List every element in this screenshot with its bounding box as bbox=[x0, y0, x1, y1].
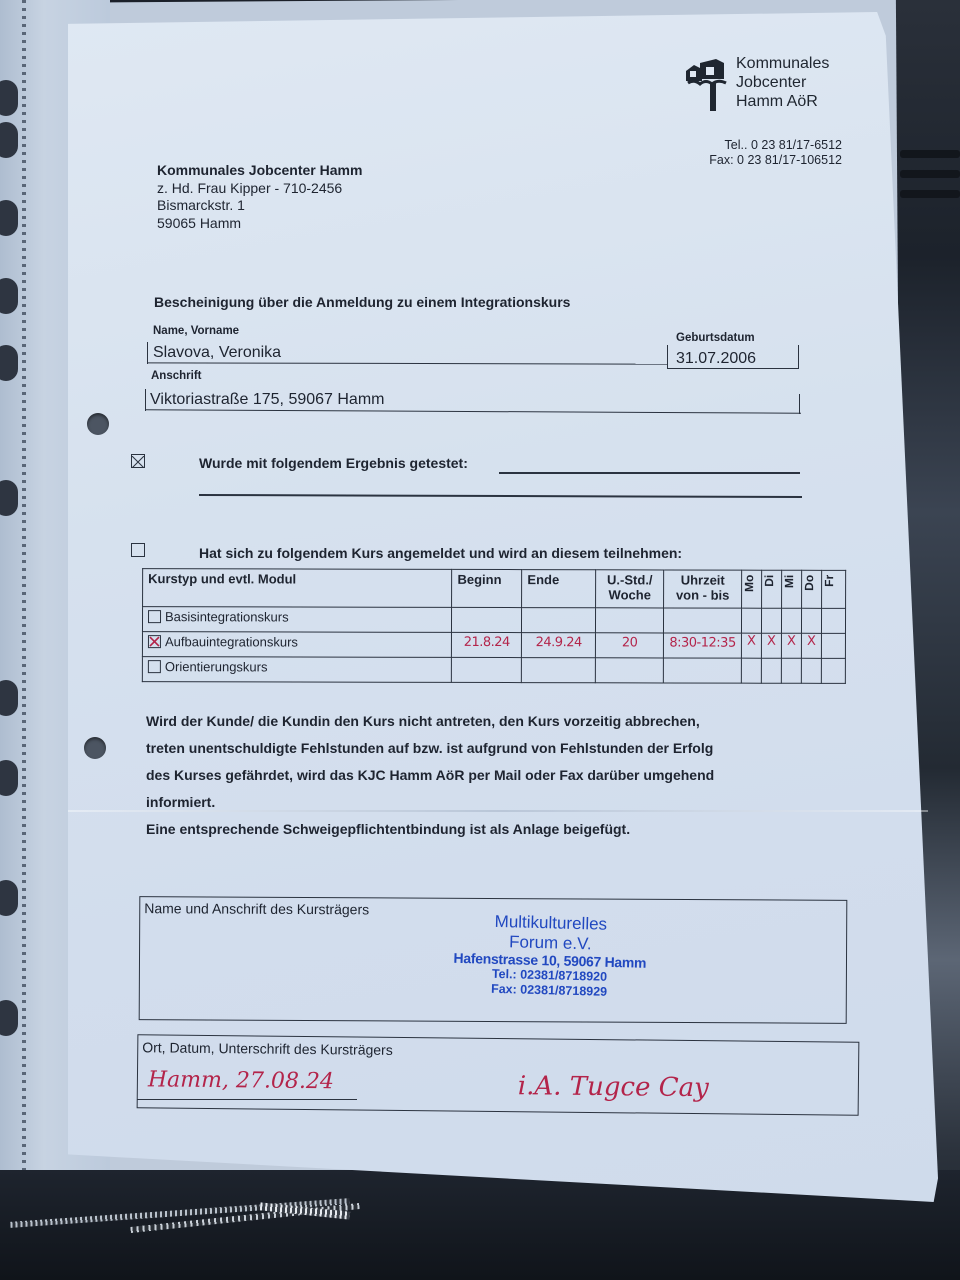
header-start: Beginn bbox=[452, 569, 522, 607]
course-type-label: Basisintegrationskurs bbox=[165, 609, 289, 624]
header-end: Ende bbox=[522, 570, 596, 608]
course-checkbox[interactable] bbox=[148, 660, 161, 673]
registered-label: Hat sich zu folgendem Kurs angemeldet un… bbox=[199, 545, 682, 561]
sleeve-perforation bbox=[22, 0, 26, 1170]
day-cell-mo[interactable] bbox=[741, 658, 761, 683]
header-time: Uhrzeit von - bis bbox=[664, 570, 742, 608]
day-cell-do[interactable]: X bbox=[801, 633, 821, 658]
sleeve-hole bbox=[0, 480, 18, 516]
org-line: Kommunales bbox=[736, 54, 829, 73]
punch-hole bbox=[87, 413, 109, 435]
header-day-fr: Fr bbox=[822, 573, 836, 589]
day-cell-fr[interactable] bbox=[821, 608, 845, 633]
sleeve-hole bbox=[0, 880, 18, 916]
field-border bbox=[667, 368, 799, 369]
day-cell-do[interactable] bbox=[801, 658, 821, 683]
tested-label: Wurde mit folgendem Ergebnis getestet: bbox=[199, 455, 468, 471]
signature-box: Ort, Datum, Unterschrift des Kursträgers… bbox=[137, 1034, 860, 1116]
table-row: Aufbauintegrationskurs 21.8.24 24.9.24 2… bbox=[142, 632, 845, 659]
signature-underline bbox=[137, 1099, 357, 1100]
org-line: Hamm AöR bbox=[736, 92, 829, 111]
field-border bbox=[667, 345, 668, 369]
time-cell[interactable] bbox=[664, 608, 742, 633]
air-vent-slat bbox=[900, 170, 960, 178]
day-cell-di[interactable] bbox=[761, 658, 781, 683]
notice-line: informiert. bbox=[146, 789, 826, 816]
header-course-type: Kurstyp und evtl. Modul bbox=[143, 569, 452, 608]
name-label: Name, Vorname bbox=[153, 325, 239, 337]
field-border bbox=[798, 345, 799, 369]
day-cell-mi[interactable] bbox=[781, 608, 801, 633]
hours-cell[interactable]: 20 bbox=[596, 633, 664, 658]
course-table: Kurstyp und evtl. Modul Beginn Ende U.-S… bbox=[142, 568, 846, 684]
hours-cell[interactable] bbox=[596, 658, 664, 683]
day-cell-mo[interactable]: X bbox=[741, 633, 761, 658]
header-day-di: Di bbox=[762, 573, 776, 589]
day-cell-mi[interactable]: X bbox=[781, 633, 801, 658]
notice-line: treten unentschuldigte Fehlstunden auf b… bbox=[146, 735, 826, 762]
table-row: Basisintegrationskurs bbox=[142, 607, 845, 634]
recipient-name: Kommunales Jobcenter Hamm bbox=[157, 162, 362, 180]
recipient-address: Kommunales Jobcenter Hamm z. Hd. Frau Ki… bbox=[157, 162, 362, 232]
field-border bbox=[799, 394, 800, 414]
kjc-building-icon bbox=[684, 57, 728, 111]
sleeve-hole bbox=[0, 680, 18, 716]
recipient-attention: z. Hd. Frau Kipper - 710-2456 bbox=[157, 180, 362, 198]
birthdate-label: Geburtsdatum bbox=[676, 332, 755, 344]
punch-hole bbox=[84, 737, 106, 759]
sleeve-hole bbox=[0, 345, 18, 381]
tested-checkbox[interactable] bbox=[131, 454, 145, 468]
day-cell-mi[interactable] bbox=[781, 658, 801, 683]
recipient-street: Bismarckstr. 1 bbox=[157, 197, 362, 215]
notice-paragraph: Wird der Kunde/ die Kundin den Kurs nich… bbox=[146, 708, 826, 843]
sleeve-hole bbox=[0, 1000, 18, 1036]
start-cell[interactable] bbox=[452, 657, 522, 682]
course-type-cell[interactable]: Orientierungskurs bbox=[142, 657, 451, 683]
org-line: Jobcenter bbox=[736, 73, 829, 92]
signature-signer[interactable]: i.A. Tugce Cay bbox=[518, 1071, 709, 1103]
letterhead-contact: Tel.. 0 23 81/17-6512 Fax: 0 23 81/17-10… bbox=[690, 138, 842, 168]
course-checkbox[interactable] bbox=[148, 610, 161, 623]
provider-box: Name und Anschrift des Kursträgers Multi… bbox=[139, 896, 848, 1024]
provider-label: Name und Anschrift des Kursträgers bbox=[144, 900, 369, 917]
day-cell-di[interactable]: X bbox=[761, 633, 781, 658]
header-day-mo: Mo bbox=[742, 573, 756, 594]
sleeve-hole bbox=[0, 200, 18, 236]
start-cell[interactable] bbox=[452, 607, 522, 632]
sleeve-hole bbox=[0, 278, 18, 314]
table-header-row: Kurstyp und evtl. Modul Beginn Ende U.-S… bbox=[143, 569, 846, 609]
course-checkbox[interactable] bbox=[148, 635, 161, 648]
header-hours: U.-Std./ Woche bbox=[596, 570, 664, 608]
form-title: Bescheinigung über die Anmeldung zu eine… bbox=[154, 294, 570, 310]
recipient-city: 59065 Hamm bbox=[157, 215, 362, 233]
end-cell[interactable] bbox=[522, 658, 596, 683]
sleeve-hole bbox=[0, 760, 18, 796]
time-cell[interactable]: 8:30-12:35 bbox=[664, 633, 742, 658]
day-cell-do[interactable] bbox=[801, 608, 821, 633]
table-row: Orientierungskurs bbox=[142, 657, 845, 684]
phone-number: Tel.. 0 23 81/17-6512 bbox=[690, 138, 842, 153]
day-cell-fr[interactable] bbox=[821, 633, 845, 658]
checkbox-x-icon bbox=[149, 636, 160, 647]
course-type-cell[interactable]: Aufbauintegrationskurs bbox=[142, 632, 451, 658]
notice-line: Eine entsprechende Schweigepflichtentbin… bbox=[146, 816, 826, 843]
checkbox-x-icon bbox=[132, 456, 144, 468]
fax-number: Fax: 0 23 81/17-106512 bbox=[690, 153, 842, 168]
air-vent-slat bbox=[900, 150, 960, 158]
signature-place-date[interactable]: Hamm, 27.08.24 bbox=[148, 1067, 334, 1094]
air-vent-slat bbox=[900, 190, 960, 198]
signature-label: Ort, Datum, Unterschrift des Kursträgers bbox=[142, 1039, 393, 1058]
header-day-mi: Mi bbox=[782, 573, 796, 590]
course-type-label: Orientierungskurs bbox=[165, 659, 268, 674]
day-cell-fr[interactable] bbox=[821, 658, 845, 683]
provider-stamp: Multikulturelles Forum e.V. Hafenstrasse… bbox=[439, 910, 661, 1000]
field-border bbox=[145, 389, 146, 411]
address-field[interactable]: Viktoriastraße 175, 59067 Hamm bbox=[150, 391, 384, 409]
sleeve-hole bbox=[0, 80, 18, 116]
notice-line: des Kurses gefährdet, wird das KJC Hamm … bbox=[146, 762, 826, 789]
notice-line: Wird der Kunde/ die Kundin den Kurs nich… bbox=[146, 708, 826, 735]
start-cell[interactable]: 21.8.24 bbox=[452, 632, 522, 657]
course-type-cell[interactable]: Basisintegrationskurs bbox=[142, 607, 451, 633]
day-cell-di[interactable] bbox=[762, 608, 782, 633]
end-cell[interactable]: 24.9.24 bbox=[522, 633, 596, 658]
hours-cell[interactable] bbox=[596, 608, 664, 633]
address-label: Anschrift bbox=[151, 370, 201, 382]
time-cell[interactable] bbox=[664, 658, 742, 683]
header-day-do: Do bbox=[802, 573, 816, 593]
sleeve-hole bbox=[0, 122, 18, 158]
name-field[interactable]: Slavova, Veronika bbox=[153, 344, 281, 362]
field-border bbox=[147, 342, 148, 364]
course-type-label: Aufbauintegrationskurs bbox=[165, 634, 298, 649]
birthdate-field[interactable]: 31.07.2006 bbox=[676, 350, 756, 368]
day-cell-mo[interactable] bbox=[742, 608, 762, 633]
registered-checkbox[interactable] bbox=[131, 543, 145, 557]
test-result-line[interactable] bbox=[499, 472, 800, 474]
letterhead-org-name: Kommunales Jobcenter Hamm AöR bbox=[736, 54, 829, 111]
end-cell[interactable] bbox=[522, 608, 596, 633]
